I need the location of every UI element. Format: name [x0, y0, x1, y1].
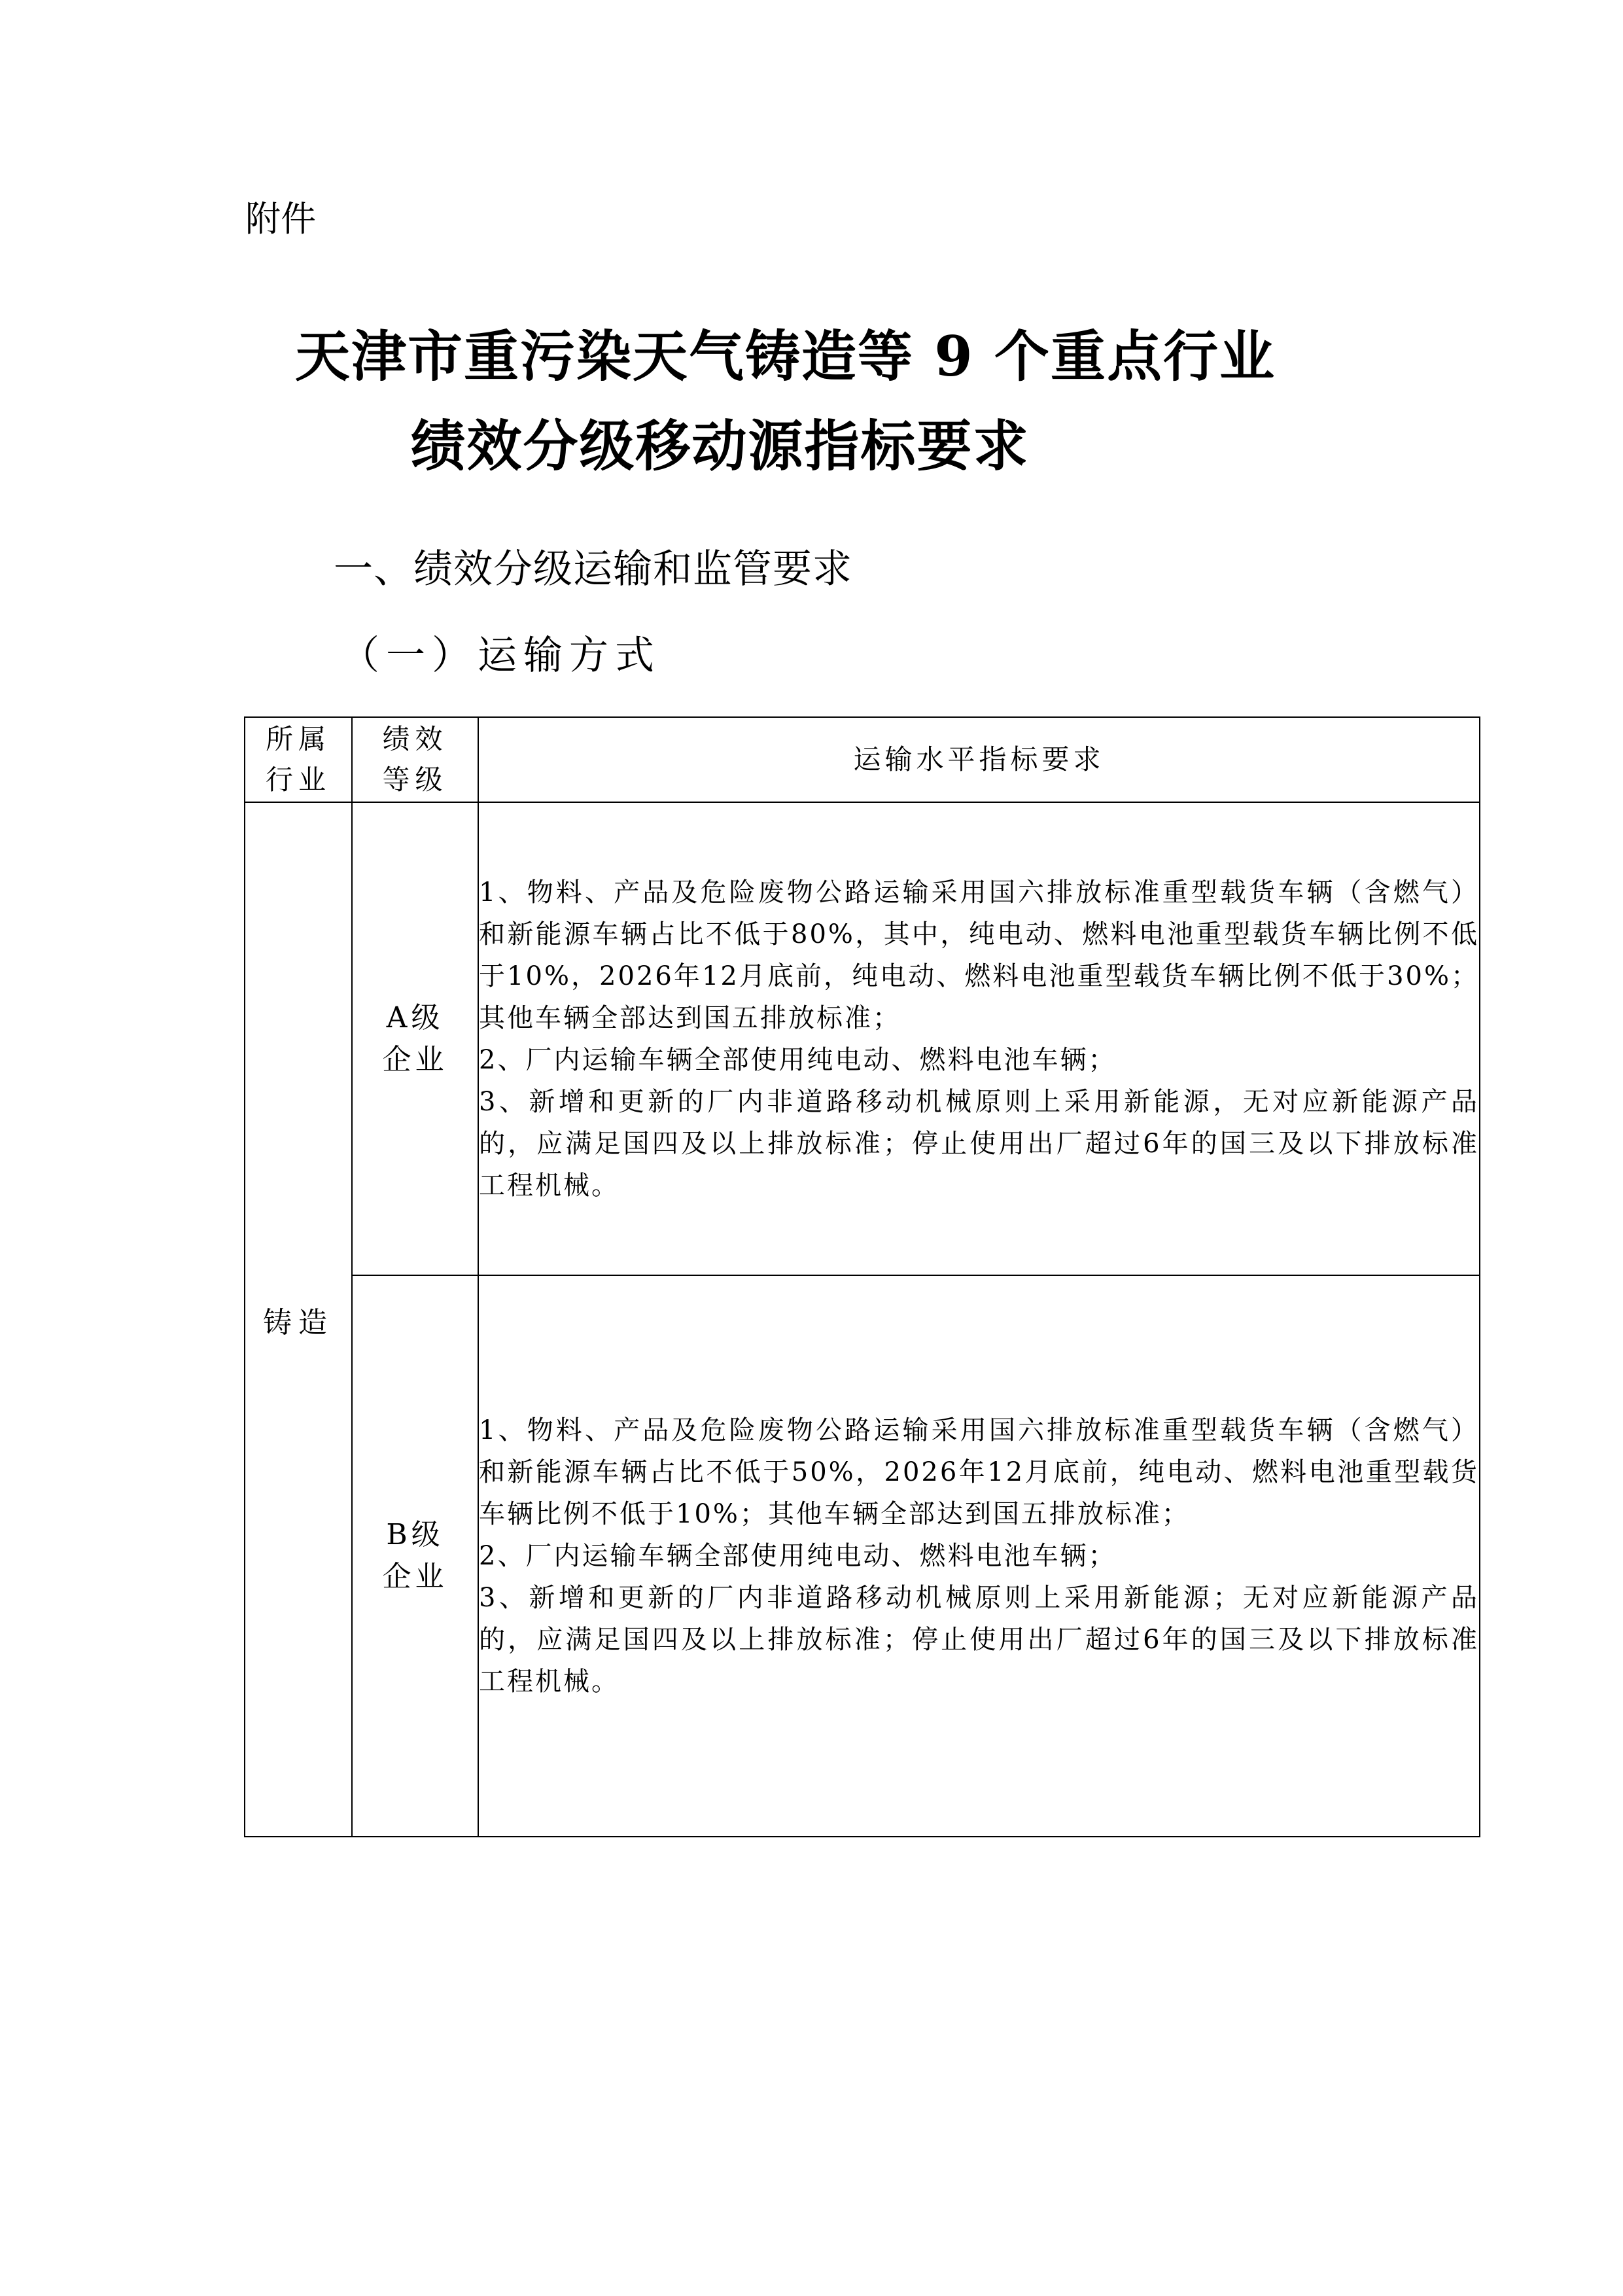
- table-row: 铸造 A级 企业 1、物料、产品及危险废物公路运输采用国六排放标准重型载货车辆（…: [245, 802, 1480, 1275]
- header-industry: 所属 行业: [245, 717, 352, 802]
- header-level: 绩效 等级: [352, 717, 478, 802]
- industry-cell: 铸造: [245, 802, 352, 1837]
- level-a-line-2: 企业: [353, 1039, 478, 1081]
- requirement-item: 2、厂内运输车辆全部使用纯电动、燃料电池车辆；: [479, 1535, 1479, 1577]
- table-row: B级 企业 1、物料、产品及危险废物公路运输采用国六排放标准重型载货车辆（含燃气…: [245, 1275, 1480, 1837]
- level-cell-a: A级 企业: [352, 802, 478, 1275]
- level-b-line-2: 企业: [353, 1556, 478, 1598]
- level-b-line-1: B级: [353, 1514, 478, 1556]
- header-level-line-2: 等级: [353, 760, 478, 800]
- header-level-line-1: 绩效: [353, 719, 478, 760]
- subsection-heading: （一）运输方式: [340, 629, 661, 682]
- header-industry-line-1: 所属: [245, 719, 351, 760]
- table-header-row: 所属 行业 绩效 等级 运输水平指标要求: [245, 717, 1480, 802]
- requirement-item: 1、物料、产品及危险废物公路运输采用国六排放标准重型载货车辆（含燃气）和新能源车…: [479, 1409, 1479, 1535]
- header-requirements: 运输水平指标要求: [478, 717, 1480, 802]
- attachment-label: 附件: [245, 196, 316, 242]
- header-industry-line-2: 行业: [245, 760, 351, 800]
- level-cell-b: B级 企业: [352, 1275, 478, 1837]
- requirements-cell-a: 1、物料、产品及危险废物公路运输采用国六排放标准重型载货车辆（含燃气）和新能源车…: [478, 802, 1480, 1275]
- requirement-item: 1、物料、产品及危险废物公路运输采用国六排放标准重型载货车辆（含燃气）和新能源车…: [479, 872, 1479, 1039]
- requirement-item: 3、新增和更新的厂内非道路移动机械原则上采用新能源；无对应新能源产品的，应满足国…: [479, 1577, 1479, 1703]
- document-title-line-2: 绩效分级移动源指标要求: [0, 414, 1531, 479]
- level-a-line-1: A级: [353, 997, 478, 1039]
- requirement-item: 3、新增和更新的厂内非道路移动机械原则上采用新能源，无对应新能源产品的，应满足国…: [479, 1081, 1479, 1207]
- requirements-cell-b: 1、物料、产品及危险废物公路运输采用国六排放标准重型载货车辆（含燃气）和新能源车…: [478, 1275, 1480, 1837]
- section-heading: 一、绩效分级运输和监管要求: [334, 543, 852, 595]
- requirement-item: 2、厂内运输车辆全部使用纯电动、燃料电池车辆；: [479, 1039, 1479, 1081]
- document-title-line-1: 天津市重污染天气铸造等 9 个重点行业: [0, 324, 1597, 389]
- transport-requirements-table: 所属 行业 绩效 等级 运输水平指标要求 铸造 A级 企业 1、物料、产品及危险…: [244, 716, 1480, 1837]
